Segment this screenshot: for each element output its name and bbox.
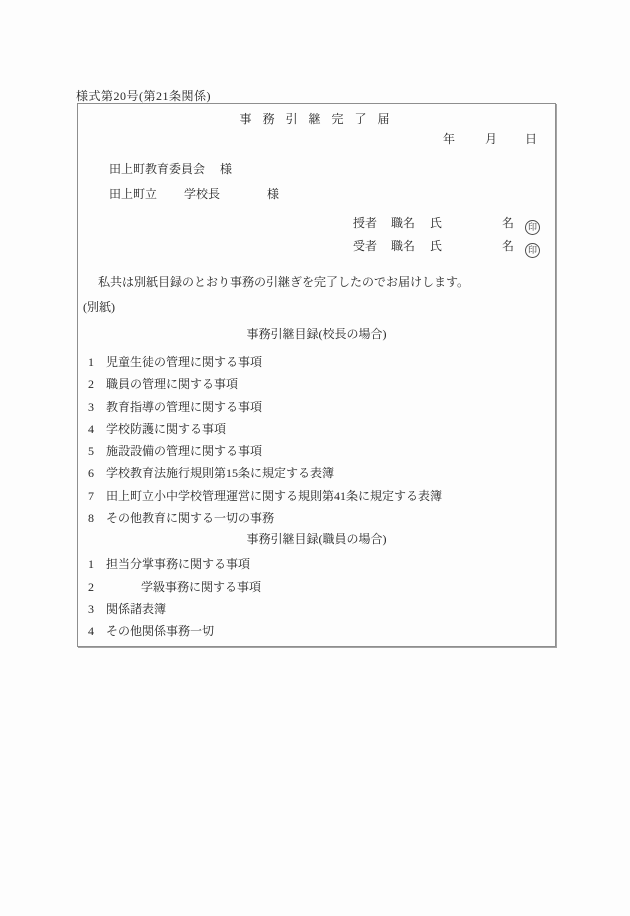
- year-label: 年: [443, 132, 455, 146]
- item-text: 学校防護に関する事項: [106, 418, 226, 440]
- list-item: 2 職員の管理に関する事項: [78, 373, 555, 395]
- list-item: 7 田上町立小中学校管理運営に関する規則第41条に規定する表簿: [78, 485, 555, 507]
- item-text: 担当分掌事務に関する事項: [106, 553, 250, 575]
- principal-list-title: 事務引継目録(校長の場合): [78, 326, 555, 342]
- item-number: 8: [88, 507, 106, 529]
- completion-statement: 私共は別紙目録のとおり事務の引継ぎを完了したのでお届けします。: [78, 274, 555, 290]
- item-number: 2: [88, 373, 106, 395]
- item-number: 3: [88, 598, 106, 620]
- item-number: 5: [88, 440, 106, 462]
- item-text: 田上町立小中学校管理運営に関する規則第41条に規定する表簿: [106, 485, 442, 507]
- day-label: 日: [525, 132, 537, 146]
- receiver-name-lead: 氏: [430, 239, 442, 253]
- item-text: その他教育に関する一切の事務: [106, 507, 274, 529]
- item-number: 6: [88, 462, 106, 484]
- addressee-school-honorific: 様: [267, 187, 279, 201]
- item-text: 教育指導の管理に関する事項: [106, 396, 262, 418]
- addressee-school: 田上町立 学校長 様: [78, 186, 555, 202]
- giver-seal-icon: 印: [525, 220, 540, 235]
- giver-name-lead: 氏: [430, 216, 442, 230]
- list-item: 3 関係諸表簿: [78, 598, 555, 620]
- principal-item-list: 1 児童生徒の管理に関する事項 2 職員の管理に関する事項 3 教育指導の管理に…: [78, 351, 555, 529]
- list-item: 1 児童生徒の管理に関する事項: [78, 351, 555, 373]
- receiver-seal-icon: 印: [525, 243, 540, 258]
- item-text: 児童生徒の管理に関する事項: [106, 351, 262, 373]
- item-text: 職員の管理に関する事項: [106, 373, 238, 395]
- item-number: 4: [88, 418, 106, 440]
- list-item: 1 担当分掌事務に関する事項: [78, 553, 555, 575]
- list-item: 5 施設設備の管理に関する事項: [78, 440, 555, 462]
- date-line: 年 月 日: [78, 131, 555, 147]
- list-item: 4 その他関係事務一切: [78, 620, 555, 642]
- form-border-box: 事 務 引 継 完 了 届 年 月 日 田上町教育委員会 様 田上町立 学校長 …: [77, 103, 556, 647]
- giver-name-tail: 名: [502, 216, 514, 230]
- addressee-school-prefix: 田上町立: [109, 187, 157, 201]
- giver-position-label: 職名: [391, 216, 415, 230]
- giver-signature-line: 授者 職名 氏 名 印: [78, 215, 555, 232]
- item-text: その他関係事務一切: [106, 620, 214, 642]
- receiver-name-tail: 名: [502, 239, 514, 253]
- receiver-signature-line: 受者 職名 氏 名 印: [78, 238, 555, 255]
- item-text: 学級事務に関する事項: [141, 576, 261, 598]
- item-text: 学校教育法施行規則第15条に規定する表簿: [106, 462, 334, 484]
- addressee-committee: 田上町教育委員会 様: [78, 161, 555, 177]
- staff-list-title: 事務引継目録(職員の場合): [78, 531, 555, 547]
- giver-label: 授者: [353, 216, 377, 230]
- list-item: 8 その他教育に関する一切の事務: [78, 507, 555, 529]
- month-label: 月: [485, 132, 497, 146]
- item-text: 関係諸表簿: [106, 598, 166, 620]
- addressee-school-role: 学校長: [184, 187, 220, 201]
- addressee-committee-name: 田上町教育委員会: [109, 162, 205, 176]
- item-text: 施設設備の管理に関する事項: [106, 440, 262, 462]
- item-number: 1: [88, 553, 106, 575]
- staff-item-list: 1 担当分掌事務に関する事項 2 学級事務に関する事項 3 関係諸表簿 4 その…: [78, 553, 555, 642]
- item-number: 1: [88, 351, 106, 373]
- item-number: 7: [88, 485, 106, 507]
- document-title: 事 務 引 継 完 了 届: [78, 111, 555, 127]
- item-number: 2: [88, 576, 106, 598]
- item-number: 4: [88, 620, 106, 642]
- receiver-position-label: 職名: [391, 239, 415, 253]
- list-item: 2 学級事務に関する事項: [78, 576, 555, 598]
- list-item: 6 学校教育法施行規則第15条に規定する表簿: [78, 462, 555, 484]
- document-page: { "page": { "form_number": "様式第20号(第21条関…: [0, 0, 630, 916]
- list-item: 4 学校防護に関する事項: [78, 418, 555, 440]
- list-item: 3 教育指導の管理に関する事項: [78, 396, 555, 418]
- form-number-label: 様式第20号(第21条関係): [76, 87, 211, 104]
- receiver-label: 受者: [353, 239, 377, 253]
- addressee-committee-honorific: 様: [220, 162, 232, 176]
- item-number: 3: [88, 396, 106, 418]
- attachment-label: (別紙): [78, 299, 555, 315]
